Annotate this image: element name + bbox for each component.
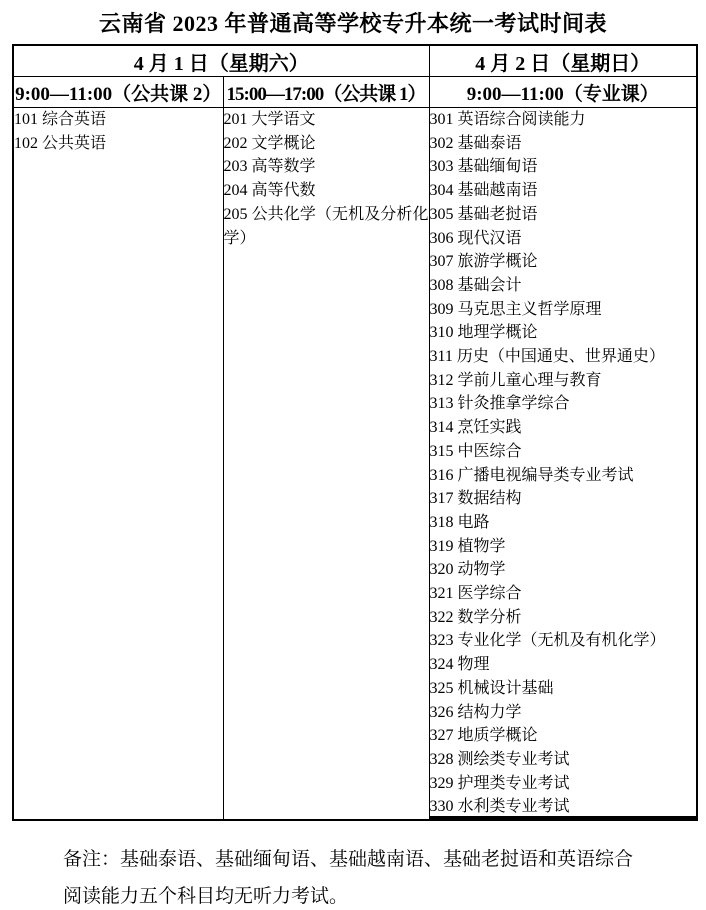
subject-item: 309 马克思主义哲学原理 [430,298,697,322]
subject-item: 313 针灸推拿学综合 [430,392,697,416]
subject-item: 327 地质学概论 [430,724,697,748]
subject-item: 205 公共化学（无机及分析化学） [224,203,429,250]
subject-item: 203 高等数学 [224,155,429,179]
subject-item: 329 护理类专业考试 [430,772,697,796]
subject-item: 317 数据结构 [430,487,697,511]
session-header-public-course-2: 9:00—11:00（公共课 2） [13,77,223,108]
subject-item: 325 机械设计基础 [430,677,697,701]
subject-item: 101 综合英语 [14,108,223,132]
subject-item: 321 医学综合 [430,582,697,606]
subject-item: 324 物理 [430,653,697,677]
session-header-row: 9:00—11:00（公共课 2） 15:00—17:00（公共课 1） 9:0… [13,77,697,108]
subjects-public-course-1-cell: 201 大学语文202 文学概论203 高等数学204 高等代数205 公共化学… [223,108,429,821]
session-header-public-course-1: 15:00—17:00（公共课 1） [223,77,429,108]
subject-item: 312 学前儿童心理与教育 [430,369,697,393]
subject-item: 305 基础老挝语 [430,203,697,227]
day-header-april-2: 4 月 2 日（星期日） [429,45,697,77]
subject-item: 307 旅游学概论 [430,250,697,274]
subject-item: 322 数学分析 [430,606,697,630]
subject-item: 301 英语综合阅读能力 [430,108,697,132]
day-header-april-1: 4 月 1 日（星期六） [13,45,429,77]
exam-schedule-table: 4 月 1 日（星期六） 4 月 2 日（星期日） 9:00—11:00（公共课… [12,44,698,821]
subjects-public-course-2-cell: 101 综合英语102 公共英语 [13,108,223,821]
subject-item: 328 测绘类专业考试 [430,748,697,772]
subject-item: 302 基础泰语 [430,132,697,156]
subject-item: 315 中医综合 [430,440,697,464]
footnote-line-2: 阅读能力五个科目均无听力考试。 [63,878,633,910]
subject-item: 311 历史（中国通史、世界通史） [430,345,697,369]
subject-item: 201 大学语文 [224,108,429,132]
footnote: 备注：基础泰语、基础缅甸语、基础越南语、基础老挝语和英语综合 阅读能力五个科目均… [63,841,633,910]
subject-item: 319 植物学 [430,535,697,559]
subject-item: 326 结构力学 [430,701,697,725]
subject-item: 323 专业化学（无机及有机化学） [430,629,697,653]
session-header-professional-course: 9:00—11:00（专业课） [429,77,697,108]
subject-item: 318 电路 [430,511,697,535]
subject-item: 316 广播电视编导类专业考试 [430,464,697,488]
subject-item: 320 动物学 [430,558,697,582]
subjects-professional-course-cell: 301 英语综合阅读能力302 基础泰语303 基础缅甸语304 基础越南语30… [429,108,697,821]
footnote-line-1: 备注：基础泰语、基础缅甸语、基础越南语、基础老挝语和英语综合 [63,841,633,878]
subject-item: 330 水利类专业考试 [430,795,697,819]
page-title: 云南省 2023 年普通高等学校专升本统一考试时间表 [0,10,706,38]
subject-item: 310 地理学概论 [430,321,697,345]
subject-item: 102 公共英语 [14,132,223,156]
subject-item: 204 高等代数 [224,179,429,203]
day-header-row: 4 月 1 日（星期六） 4 月 2 日（星期日） [13,45,697,77]
subject-item: 314 烹饪实践 [430,416,697,440]
subject-item: 304 基础越南语 [430,179,697,203]
subject-item: 306 现代汉语 [430,227,697,251]
subjects-row: 101 综合英语102 公共英语 201 大学语文202 文学概论203 高等数… [13,108,697,821]
subject-item: 308 基础会计 [430,274,697,298]
document-page: 云南省 2023 年普通高等学校专升本统一考试时间表 4 月 1 日（星期六） … [0,0,706,910]
subject-item: 303 基础缅甸语 [430,155,697,179]
subject-item: 202 文学概论 [224,132,429,156]
